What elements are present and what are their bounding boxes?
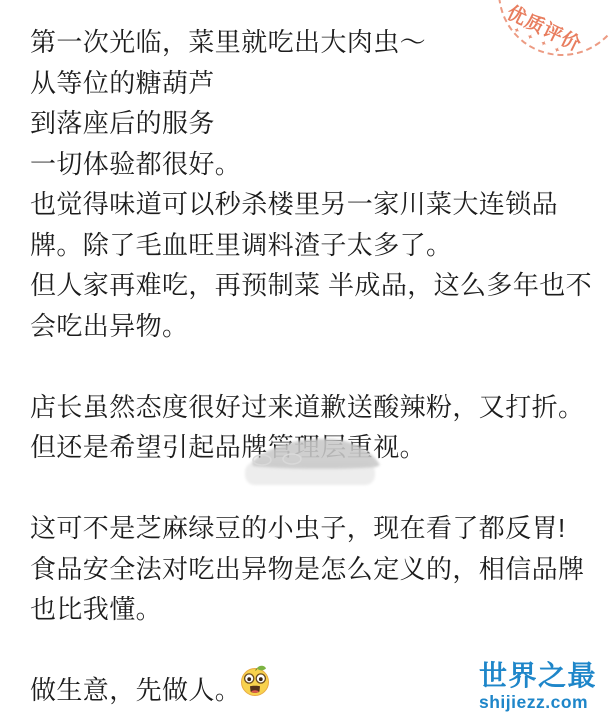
review-line: 但还是希望引起品牌管理层重视。 (30, 427, 596, 468)
review-line: 店长虽然态度很好过来道歉送酸辣粉，又打折。 (30, 387, 596, 428)
review-line: 这可不是芝麻绿豆的小虫子，现在看了都反胃! (30, 508, 596, 549)
review-line: 也觉得味道可以秒杀楼里另一家川菜大连锁品 (30, 184, 596, 225)
review-text: 第一次光临，菜里就吃出大肉虫～从等位的糖葫芦到落座后的服务一切体验都很好。也觉得… (30, 22, 596, 711)
review-line: 到落座后的服务 (30, 103, 596, 144)
review-line: 从等位的糖葫芦 (30, 63, 596, 104)
blank-line (30, 468, 596, 509)
watermark-logo-text: 世界之最 (479, 662, 609, 690)
review-line: 也比我懂。 (30, 589, 596, 630)
review-line: 一切体验都很好。 (30, 144, 596, 185)
site-watermark: 世界之最 shijiezz.com (479, 662, 609, 712)
blank-line (30, 346, 596, 387)
review-line: 第一次光临，菜里就吃出大肉虫～ (30, 22, 596, 63)
shocked-face-with-leaf-icon (238, 664, 272, 698)
review-line: 食品安全法对吃出异物是怎么定义的，相信品牌 (30, 549, 596, 590)
review-screenshot-page: 优质评价 ✦ ✦ ✦ ✦ 第一次光临，菜里就吃出大肉虫～从等位的糖葫芦到落座后的… (0, 0, 609, 725)
review-line: 牌。除了毛血旺里调料渣子太多了。 (30, 225, 596, 266)
review-line: 会吃出异物。 (30, 306, 596, 347)
watermark-domain-text: shijiezz.com (479, 694, 609, 712)
review-line: 但人家再难吃，再预制菜 半成品，这么多年也不 (30, 265, 596, 306)
